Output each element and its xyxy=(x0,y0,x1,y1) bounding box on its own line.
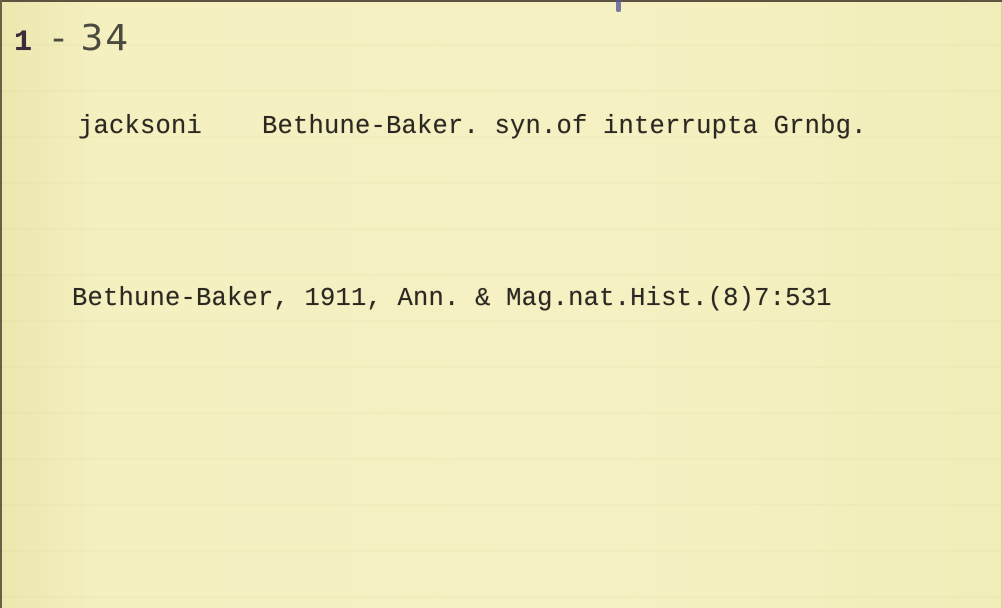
taxon-name: jacksoni xyxy=(78,112,262,141)
synonymy-note: Bethune-Baker. syn.of interrupta Grnbg. xyxy=(262,112,867,141)
index-card: 1 - 34 jacksoniBethune-Baker. syn.of int… xyxy=(0,0,1002,608)
card-number-handwritten: - 34 xyxy=(52,18,130,59)
card-number-typed: 1 xyxy=(14,26,32,60)
entry-line: jacksoniBethune-Baker. syn.of interrupta… xyxy=(78,112,867,141)
card-edge-mark xyxy=(616,0,621,12)
bibliographic-reference: Bethune-Baker, 1911, Ann. & Mag.nat.Hist… xyxy=(72,284,832,313)
